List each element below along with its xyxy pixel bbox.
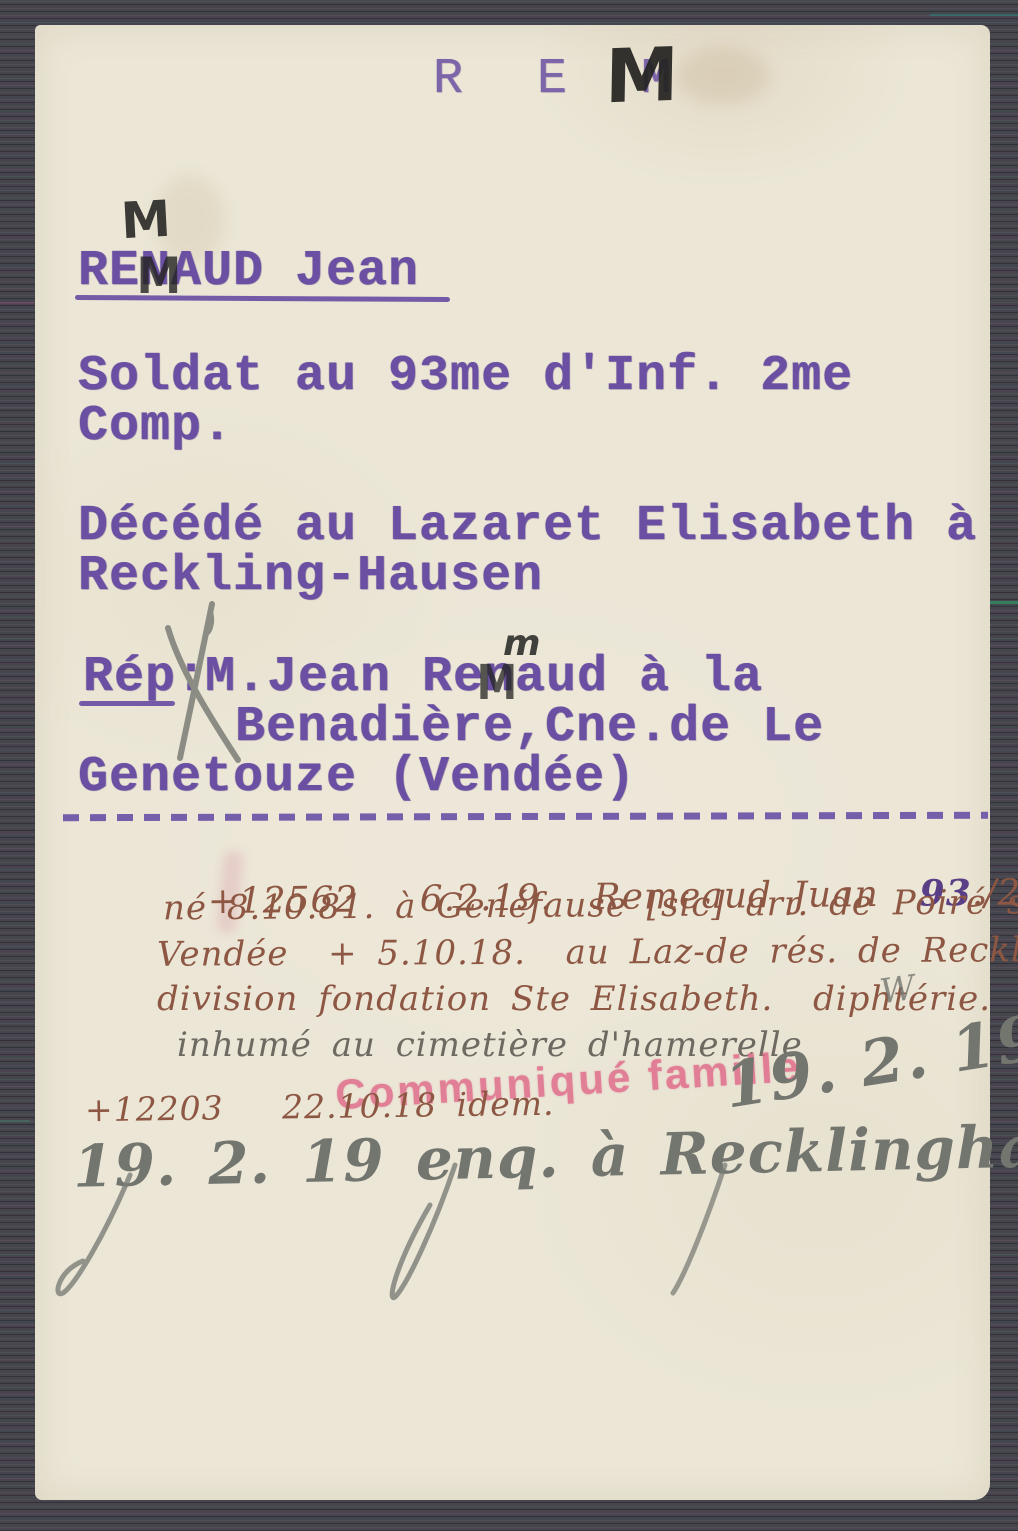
index-card: R E M M M RENAUD Jean M Soldat au 93me d… — [35, 25, 990, 1500]
hand-letter-m-name: M — [120, 190, 173, 251]
pencil-flourishes — [35, 1165, 990, 1365]
death-line-2: Reckling-Hausen — [78, 552, 543, 602]
scan-artifact-line — [930, 14, 1018, 16]
scan-artifact-line — [0, 302, 34, 304]
dashed-separator — [63, 812, 988, 821]
death-line-1: Décédé au Lazaret Elisabeth à — [78, 502, 977, 552]
unit-line-1: Soldat au 93me d'Inf. 2me — [78, 352, 853, 402]
annotation-line-4: division fondation Ste Elisabeth. diphté… — [157, 979, 991, 1019]
reply-line-2: Benadière,Cne.de Le — [235, 703, 824, 753]
scan-artifact-line — [0, 1120, 30, 1122]
reply-line-3: Genetouze (Vendée) — [78, 753, 636, 803]
annotation-line-3: Vendée + 5.10.18. au Laz-de rés. de Reck… — [157, 929, 1018, 975]
soldier-name: RENAUD Jean — [78, 247, 419, 297]
annotation-line-2: né 8.10.81. à Genéfause [sic] arr. de Po… — [163, 882, 1018, 929]
hand-letter-m-header: M — [604, 32, 679, 121]
name-underline — [75, 295, 450, 302]
w-pencil-mark: W — [877, 968, 917, 1012]
unit-line-2: Comp. — [78, 402, 233, 452]
scanned-card-photo: R E M M M RENAUD Jean M Soldat au 93me d… — [0, 0, 1018, 1531]
